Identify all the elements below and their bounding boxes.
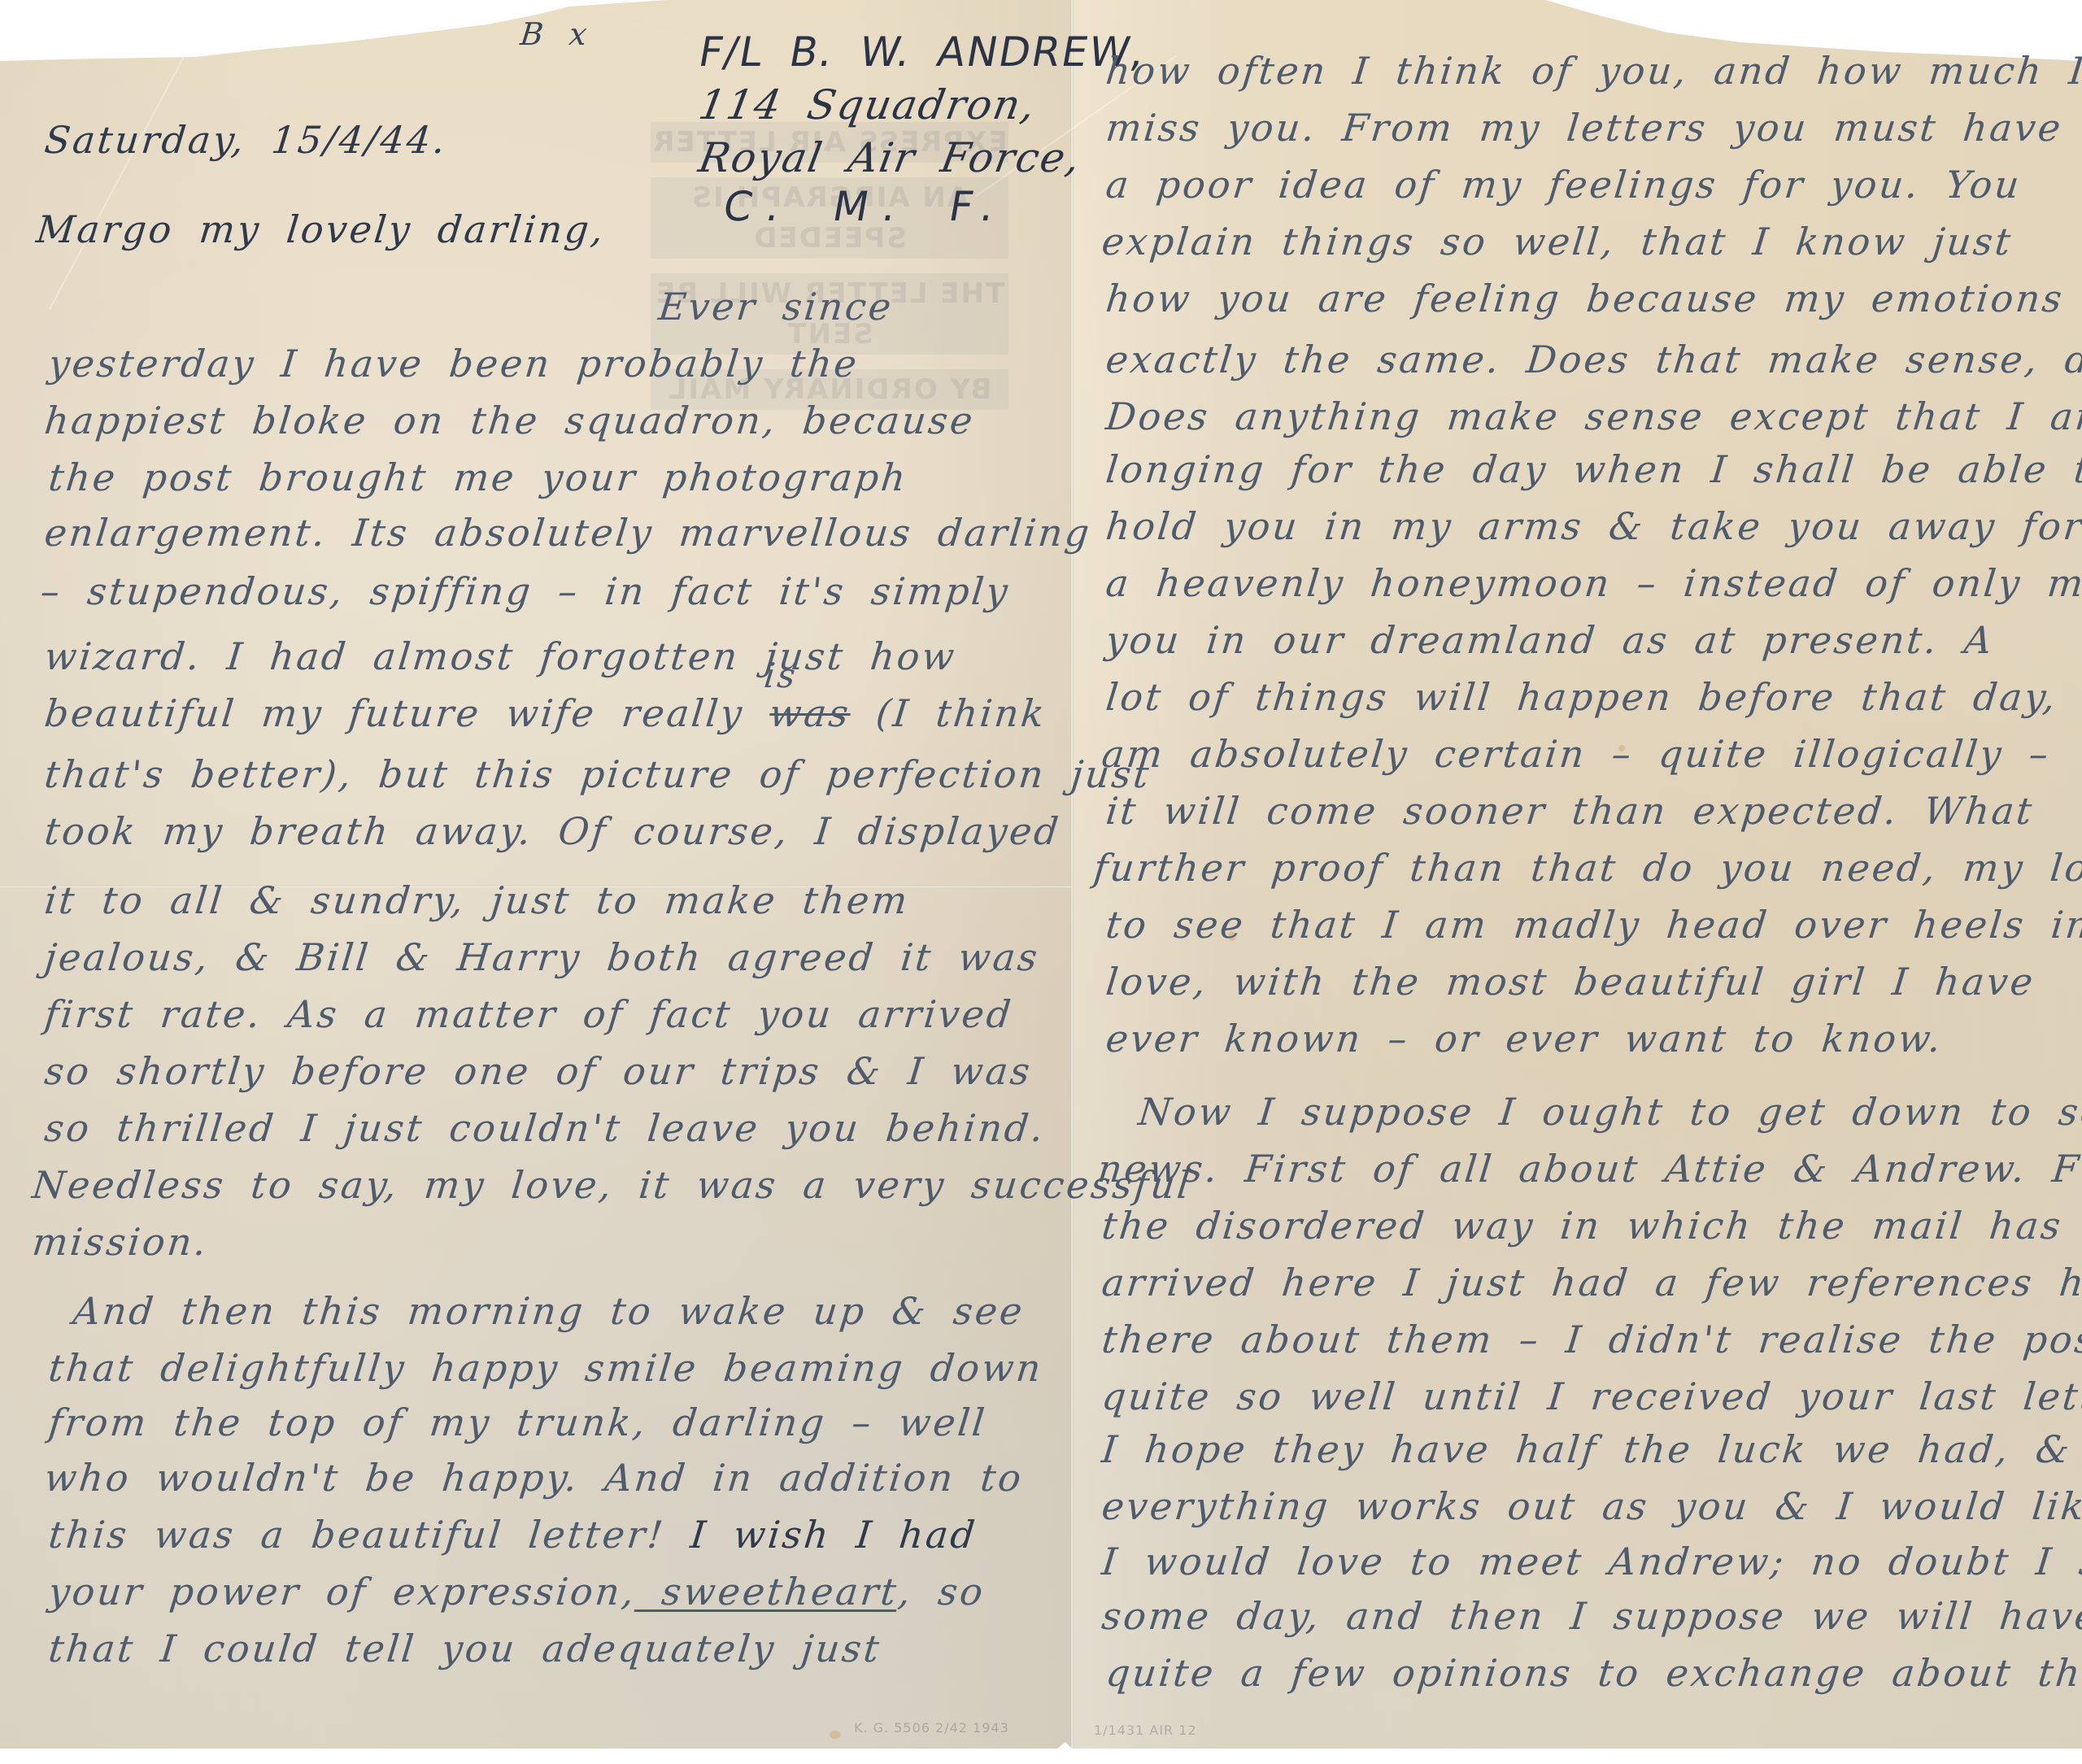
handwritten-line: this was a beautiful letter! I wish I ha… xyxy=(46,1513,979,1557)
line-text: arrived here I just had a few references… xyxy=(1100,1261,2082,1304)
handwritten-line: your power of expression, sweetheart, so xyxy=(46,1570,987,1614)
handwritten-line: to see that I am madly head over heels i… xyxy=(1104,903,2082,947)
line-text: mission. xyxy=(30,1220,211,1264)
handwritten-line: from the top of my trunk, darling – well xyxy=(46,1400,989,1444)
handwritten-line: the disordered way in which the mail has xyxy=(1100,1204,2065,1248)
letter-date: Saturday, 15/4/44. xyxy=(42,118,450,162)
handwritten-line: a heavenly honeymoon – instead of only m… xyxy=(1104,561,2082,605)
handwritten-line: Ever since xyxy=(656,285,895,329)
handwritten-line: – stupendous, spiffing – in fact it's si… xyxy=(38,569,1012,613)
line-text: that's better), but this picture of perf… xyxy=(42,752,1153,796)
handwritten-line: And then this morning to wake up & see xyxy=(71,1289,1026,1333)
line-text: it to all & sundry, just to make them xyxy=(42,878,912,922)
line-text: hold you in my arms & take you away for xyxy=(1104,504,2082,548)
line-text: so thrilled I just couldn't leave you be… xyxy=(42,1106,1048,1150)
line-text: the post brought me your photograph xyxy=(46,455,910,499)
line-text: Now I suppose I ought to get down to som… xyxy=(1136,1090,2082,1134)
handwritten-line: arrived here I just had a few references… xyxy=(1100,1261,2082,1304)
line-text: wizard. I had almost forgotten just how xyxy=(42,634,959,678)
line-text: I would love to meet Andrew; no doubt I … xyxy=(1100,1540,2082,1583)
line-text: who wouldn't be happy. And in addition t… xyxy=(42,1456,1026,1500)
handwritten-line: that's better), but this picture of perf… xyxy=(42,752,1153,796)
line-text: some day, and then I suppose we will hav… xyxy=(1100,1594,2082,1638)
line-text: – stupendous, spiffing – in fact it's si… xyxy=(38,569,1012,613)
handwritten-line: miss you. From my letters you must have xyxy=(1104,106,2065,150)
handwritten-line: first rate. As a matter of fact you arri… xyxy=(42,992,1015,1036)
handwritten-line: explain things so well, that I know just xyxy=(1100,220,2014,264)
handwritten-line: news. First of all about Attie & Andrew.… xyxy=(1095,1147,2082,1191)
line-text: your power of expression, xyxy=(46,1570,638,1614)
sender-location: C. M. F. xyxy=(720,183,1013,230)
footer-print-mark: K. G. 5506 2/42 1943 xyxy=(854,1720,1009,1736)
handwritten-line: yesterday I have been probably the xyxy=(46,342,861,385)
line-text: explain things so well, that I know just xyxy=(1100,220,2014,264)
line-text: a heavenly honeymoon – instead of only m… xyxy=(1104,561,2082,605)
line-text: this was a beautiful letter! xyxy=(46,1513,667,1557)
handwritten-line: there about them – I didn't realise the … xyxy=(1100,1318,2082,1361)
line-text: beautiful my future wife really xyxy=(42,691,746,735)
handwritten-line: lot of things will happen before that da… xyxy=(1104,675,2082,719)
sender-name: F/L B. W. ANDREW, xyxy=(695,28,1150,76)
line-text-continued: (I think xyxy=(848,691,1048,735)
line-text: to see that I am madly head over heels i… xyxy=(1104,903,2082,947)
line-text: love, with the most beautiful girl I hav… xyxy=(1104,960,2037,1004)
line-text: happiest bloke on the squadron, because xyxy=(42,399,977,442)
handwritten-line: happiest bloke on the squadron, because xyxy=(42,399,977,442)
handwritten-line: longing for the day when I shall be able… xyxy=(1104,447,2082,491)
line-text: a poor idea of my feelings for you. You xyxy=(1104,163,2023,207)
handwritten-line: it to all & sundry, just to make them xyxy=(42,878,912,922)
handwritten-line: Does anything make sense except that I a… xyxy=(1104,394,2082,438)
line-text: am absolutely certain – quite illogicall… xyxy=(1100,732,2053,776)
line-text: enlargement. Its absolutely marvellous d… xyxy=(42,511,1094,555)
handwritten-line: mission. xyxy=(30,1220,211,1264)
line-text: Ever since xyxy=(656,285,895,329)
line-text: there about them – I didn't realise the … xyxy=(1100,1318,2082,1361)
handwritten-line: that delightfully happy smile beaming do… xyxy=(46,1346,1045,1390)
handwritten-line: so thrilled I just couldn't leave you be… xyxy=(42,1106,1048,1150)
line-text: Does anything make sense except that I a… xyxy=(1104,394,2082,438)
line-text: took my breath away. Of course, I displa… xyxy=(42,809,1063,853)
handwritten-line: it will come sooner than expected. What xyxy=(1104,789,2036,833)
handwritten-line: Now I suppose I ought to get down to som… xyxy=(1136,1090,2082,1134)
line-text-dark-ink: I wish I had xyxy=(663,1513,979,1557)
sender-service: Royal Air Force, xyxy=(695,134,1085,181)
handwritten-line: I would love to meet Andrew; no doubt I … xyxy=(1100,1540,2082,1583)
line-text: that I could tell you adequately just xyxy=(46,1627,883,1670)
handwritten-line: how often I think of you, and how much I xyxy=(1104,49,2082,93)
handwritten-line: that I could tell you adequately just xyxy=(46,1627,883,1670)
line-text: I hope they have half the luck we had, &… xyxy=(1100,1427,2082,1471)
handwritten-line: a poor idea of my feelings for you. You xyxy=(1104,163,2023,207)
handwritten-line: some day, and then I suppose we will hav… xyxy=(1100,1594,2082,1638)
handwritten-line: further proof than that do you need, my … xyxy=(1091,846,2082,890)
line-text: lot of things will happen before that da… xyxy=(1104,675,2082,719)
handwritten-line: jealous, & Bill & Harry both agreed it w… xyxy=(42,935,1042,979)
line-text: And then this morning to wake up & see xyxy=(71,1289,1026,1333)
line-text: first rate. As a matter of fact you arri… xyxy=(42,992,1015,1036)
handwritten-line: how you are feeling because my emotions … xyxy=(1104,277,2082,320)
corner-mark: B x xyxy=(519,16,591,52)
handwritten-line: love, with the most beautiful girl I hav… xyxy=(1104,960,2037,1004)
handwritten-line: who wouldn't be happy. And in addition t… xyxy=(42,1456,1026,1500)
handwritten-line: enlargement. Its absolutely marvellous d… xyxy=(42,511,1094,555)
line-text: further proof than that do you need, my … xyxy=(1091,846,2082,890)
line-text: miss you. From my letters you must have xyxy=(1104,106,2065,150)
handwritten-line: Needless to say, my love, it was a very … xyxy=(30,1163,1194,1207)
handwritten-line: wizard. I had almost forgotten just how xyxy=(42,634,959,678)
line-text: the disordered way in which the mail has xyxy=(1100,1204,2065,1248)
footer-print-mark: 1/1431 AIR 12 xyxy=(1094,1723,1197,1738)
struck-word: was xyxy=(768,691,853,735)
line-text-continued: , so xyxy=(896,1570,987,1614)
line-text: Needless to say, my love, it was a very … xyxy=(30,1163,1194,1207)
vertical-fold-line xyxy=(1070,0,1074,1749)
line-text: news. First of all about Attie & Andrew.… xyxy=(1095,1147,2082,1191)
handwritten-line: you in our dreamland as at present. A xyxy=(1104,618,1996,662)
line-text: from the top of my trunk, darling – well xyxy=(46,1400,989,1444)
line-text: exactly the same. Does that make sense, … xyxy=(1104,338,2082,381)
inserted-correction: is xyxy=(762,656,799,695)
handwritten-line: so shortly before one of our trips & I w… xyxy=(42,1049,1034,1093)
sender-unit: 114 Squadron, xyxy=(695,81,1040,128)
line-text: that delightfully happy smile beaming do… xyxy=(46,1346,1045,1390)
underlined-word: sweetheart xyxy=(634,1570,900,1614)
line-text: so shortly before one of our trips & I w… xyxy=(42,1049,1034,1093)
handwritten-line: hold you in my arms & take you away for xyxy=(1104,504,2082,548)
handwritten-line: am absolutely certain – quite illogicall… xyxy=(1100,732,2053,776)
line-text: ever known – or ever want to know. xyxy=(1104,1017,1945,1061)
line-text: how you are feeling because my emotions … xyxy=(1104,277,2082,320)
salutation: Margo my lovely darling, xyxy=(34,207,608,251)
line-text: jealous, & Bill & Harry both agreed it w… xyxy=(42,935,1042,979)
handwritten-line: took my breath away. Of course, I displa… xyxy=(42,809,1063,853)
line-text: longing for the day when I shall be able… xyxy=(1104,447,2082,491)
line-text: quite a few opinions to exchange about t… xyxy=(1104,1651,2082,1695)
handwritten-line: everything works out as you & I would li… xyxy=(1100,1484,2082,1528)
line-text: how often I think of you, and how much I xyxy=(1104,49,2082,93)
handwritten-line: exactly the same. Does that make sense, … xyxy=(1104,338,2082,381)
line-text: it will come sooner than expected. What xyxy=(1104,789,2036,833)
handwritten-line: quite so well until I received your last… xyxy=(1100,1374,2082,1418)
handwritten-line: the post brought me your photograph xyxy=(46,455,910,499)
line-text: you in our dreamland as at present. A xyxy=(1104,618,1996,662)
line-text: quite so well until I received your last… xyxy=(1100,1374,2082,1418)
handwritten-line: quite a few opinions to exchange about t… xyxy=(1104,1651,2082,1695)
handwritten-line: I hope they have half the luck we had, &… xyxy=(1100,1427,2082,1471)
line-text: everything works out as you & I would li… xyxy=(1100,1484,2082,1528)
handwritten-line: ever known – or ever want to know. xyxy=(1104,1017,1945,1061)
handwritten-line: beautiful my future wife really wasis (I… xyxy=(42,691,1048,735)
paper-stain xyxy=(830,1731,841,1739)
line-text: yesterday I have been probably the xyxy=(46,342,861,385)
